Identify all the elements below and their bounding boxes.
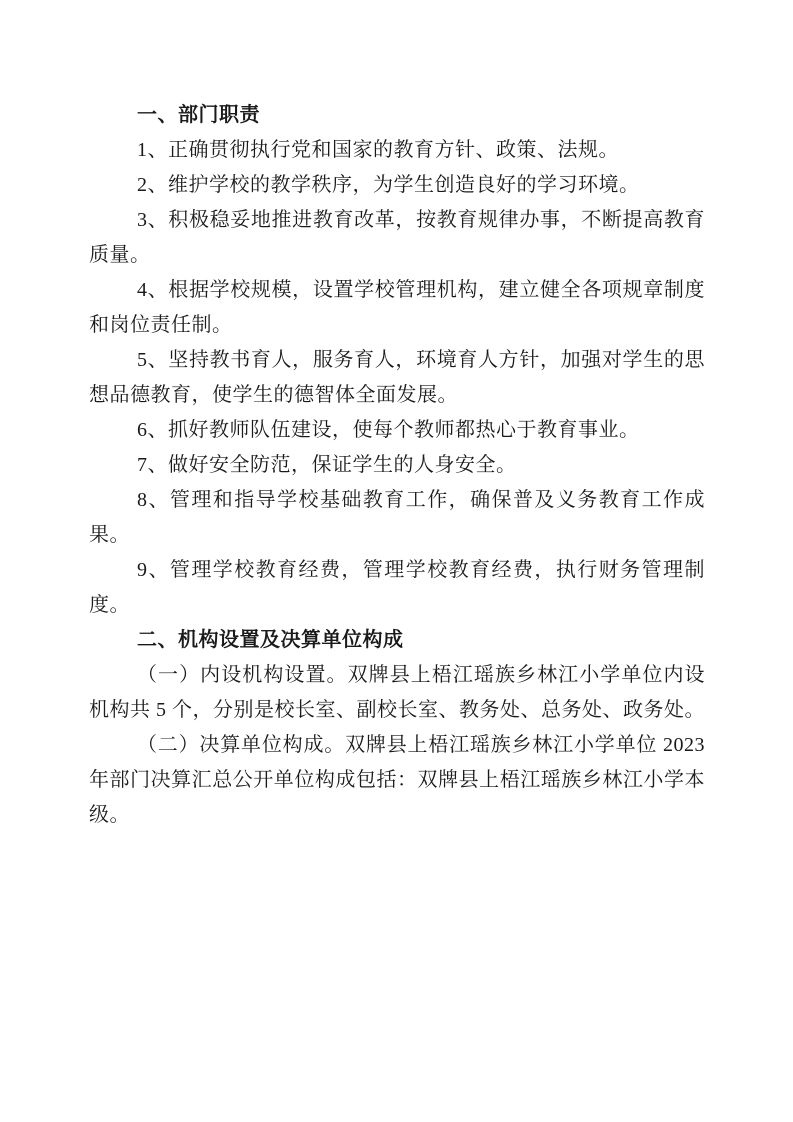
duty-item-8: 8、管理和指导学校基础教育工作，确保普及义务教育工作成果。 xyxy=(89,483,705,553)
duty-item-6: 6、抓好教师队伍建设，使每个教师都热心于教育事业。 xyxy=(89,413,705,448)
duty-item-5: 5、坚持教书育人，服务育人，环境育人方针，加强对学生的思想品德教育，使学生的德智… xyxy=(89,343,705,413)
document-content: 一、部门职责 1、正确贯彻执行党和国家的教育方针、政策、法规。 2、维护学校的教… xyxy=(89,98,705,833)
document-page: 一、部门职责 1、正确贯彻执行党和国家的教育方针、政策、法规。 2、维护学校的教… xyxy=(0,0,793,1122)
duty-item-4: 4、根据学校规模，设置学校管理机构，建立健全各项规章制度和岗位责任制。 xyxy=(89,273,705,343)
section-heading-organization-setup: 二、机构设置及决算单位构成 xyxy=(89,623,705,658)
duty-item-2: 2、维护学校的教学秩序，为学生创造良好的学习环境。 xyxy=(89,168,705,203)
duty-item-9: 9、管理学校教育经费，管理学校教育经费，执行财务管理制度。 xyxy=(89,553,705,623)
duty-item-7: 7、做好安全防范，保证学生的人身安全。 xyxy=(89,448,705,483)
org-setup-item-2: （二）决算单位构成。双牌县上梧江瑶族乡林江小学单位 2023 年部门决算汇总公开… xyxy=(89,728,705,833)
duty-item-1: 1、正确贯彻执行党和国家的教育方针、政策、法规。 xyxy=(89,133,705,168)
section-heading-department-duties: 一、部门职责 xyxy=(89,98,705,133)
org-setup-item-1: （一）内设机构设置。双牌县上梧江瑶族乡林江小学单位内设机构共 5 个，分别是校长… xyxy=(89,658,705,728)
duty-item-3: 3、积极稳妥地推进教育改革，按教育规律办事，不断提高教育质量。 xyxy=(89,203,705,273)
